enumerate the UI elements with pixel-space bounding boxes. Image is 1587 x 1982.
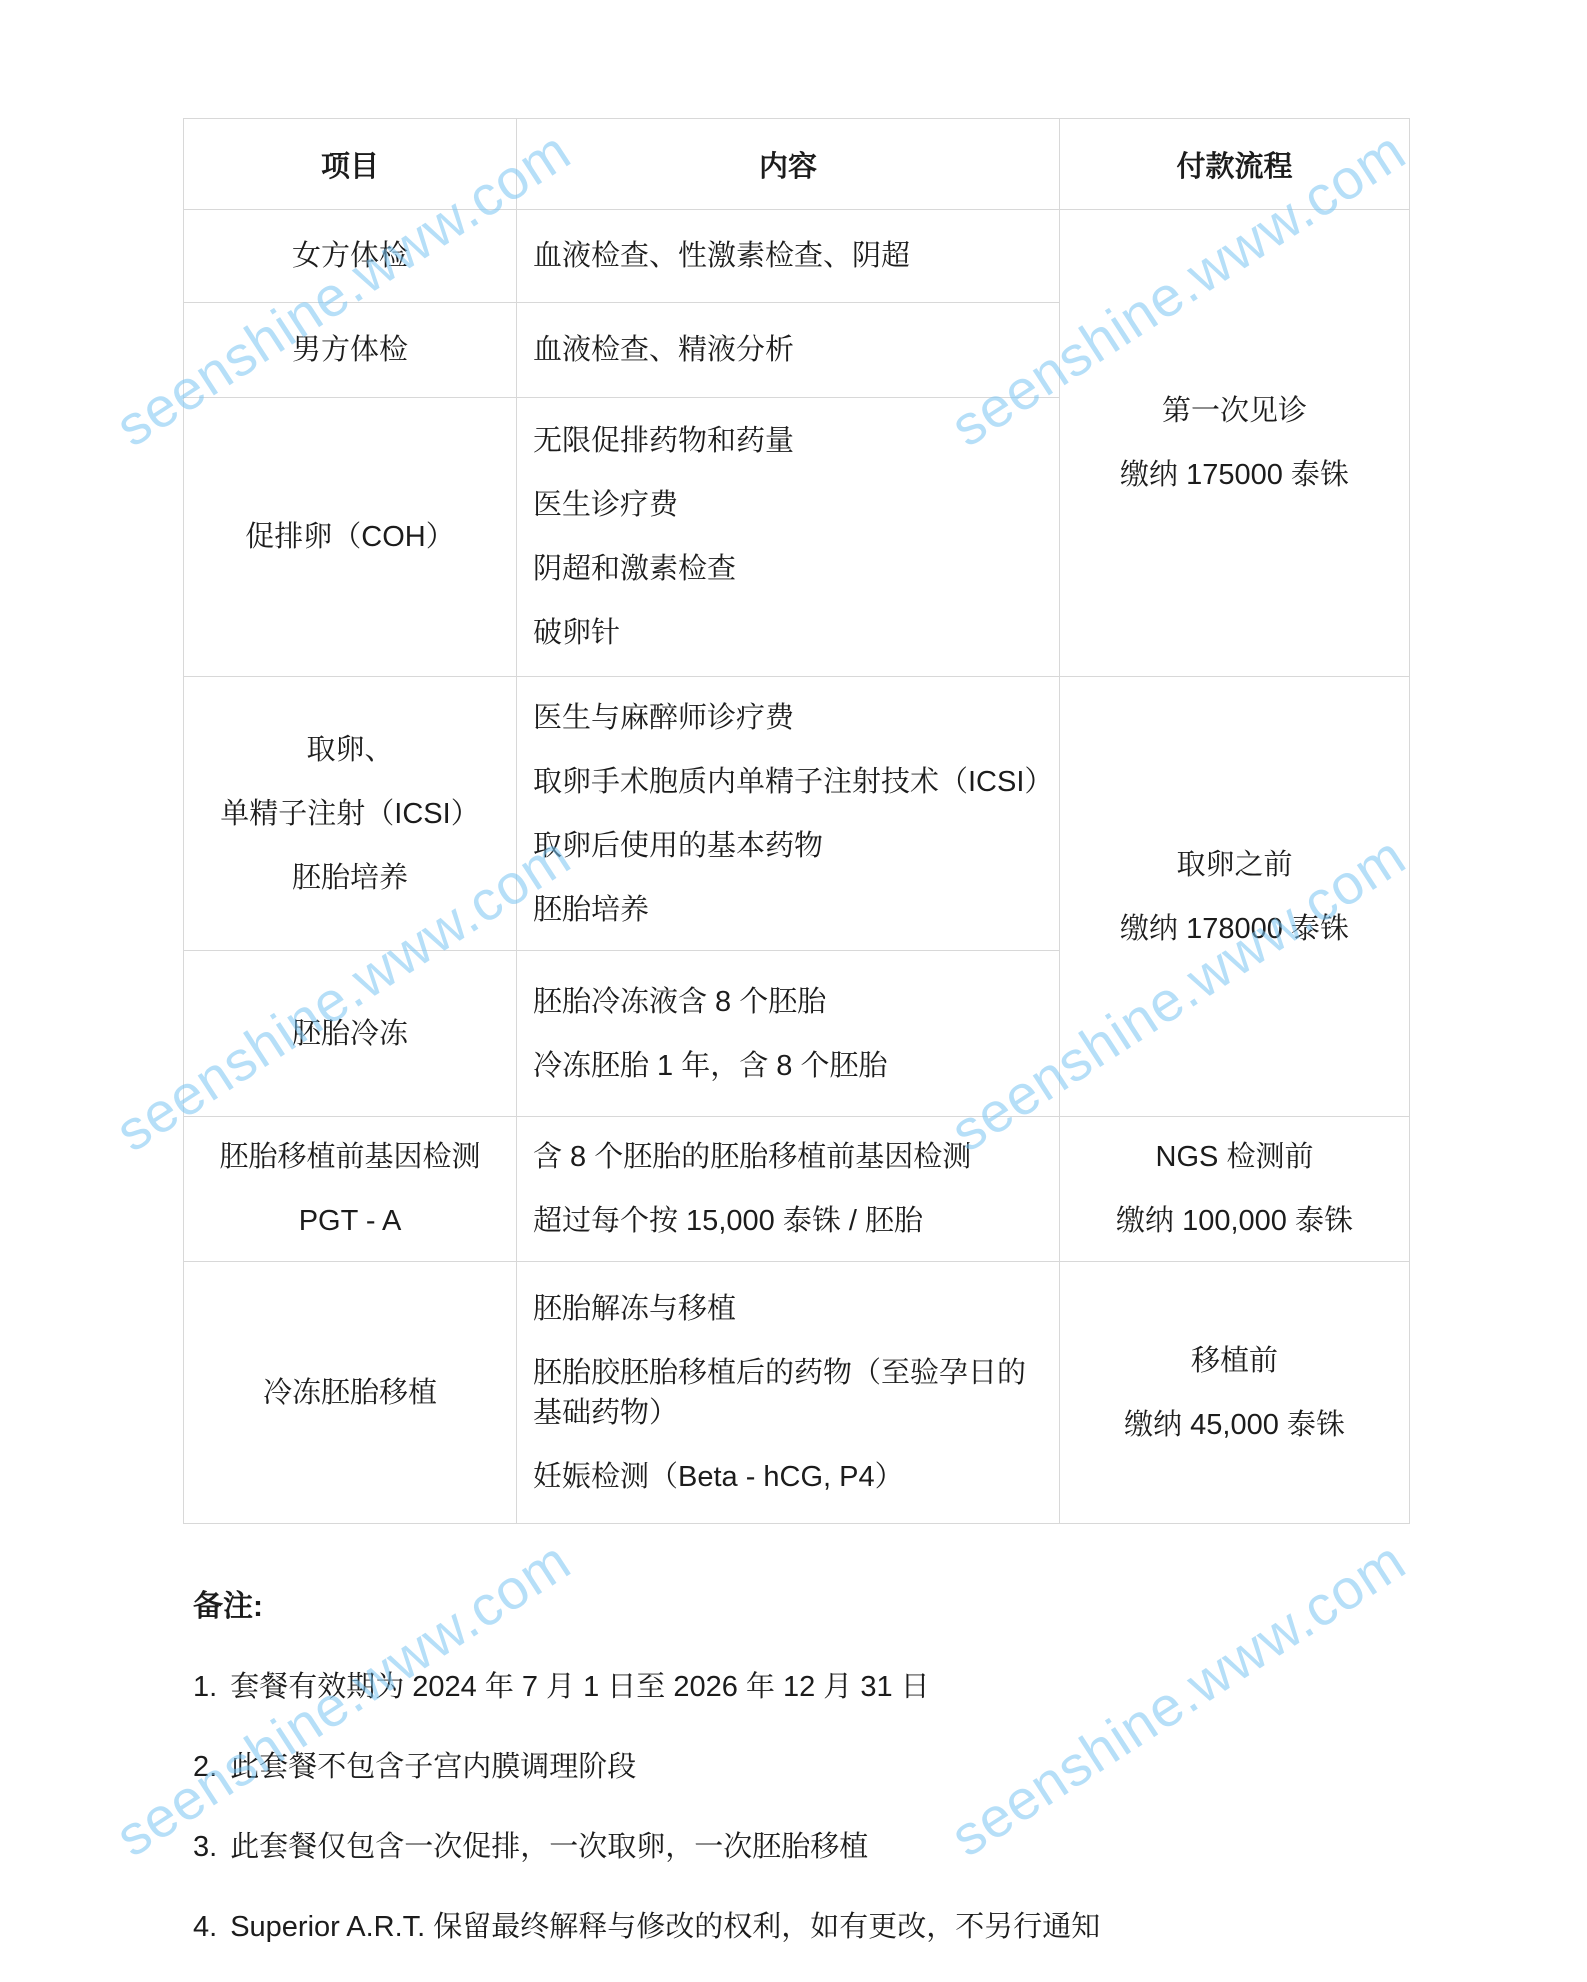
item-cell: 促排卵（COH）	[184, 398, 517, 677]
content-cell: 含 8 个胚胎的胚胎移植前基因检测 超过每个按 15,000 泰铢 / 胚胎	[517, 1117, 1060, 1262]
cell-line: 破卵针	[533, 601, 1043, 665]
payment-amount: 缴纳 45,000 泰铢	[1070, 1393, 1399, 1457]
cell-line: 单精子注射（ICSI）	[194, 782, 506, 846]
note-number: 4.	[193, 1907, 217, 1947]
cell-line: 含 8 个胚胎的胚胎移植前基因检测	[533, 1125, 1043, 1189]
content-cell: 无限促排药物和药量 医生诊疗费 阴超和激素检查 破卵针	[517, 398, 1060, 677]
payment-stage: 第一次见诊	[1070, 379, 1399, 443]
cell-line: 男方体检	[194, 318, 506, 382]
cell-line: 阴超和激素检查	[533, 537, 1043, 601]
payment-amount: 缴纳 178000 泰铢	[1070, 897, 1399, 961]
note-item: 3.此套餐仅包含一次促排，一次取卵，一次胚胎移植	[193, 1827, 1413, 1867]
pricing-table: 项目 内容 付款流程 女方体检 血液检查、性激素检查、阴超 第一次见诊 缴纳 1…	[183, 118, 1410, 1524]
content-cell: 胚胎冷冻液含 8 个胚胎 冷冻胚胎 1 年，含 8 个胚胎	[517, 951, 1060, 1117]
cell-line: 胚胎冷冻液含 8 个胚胎	[533, 970, 1043, 1034]
cell-line: 取卵、	[194, 718, 506, 782]
cell-line: 胚胎解冻与移植	[533, 1277, 1043, 1341]
document-page: 项目 内容 付款流程 女方体检 血液检查、性激素检查、阴超 第一次见诊 缴纳 1…	[0, 0, 1587, 1982]
item-cell: 胚胎冷冻	[184, 951, 517, 1117]
note-number: 1.	[193, 1667, 217, 1707]
content-cell: 血液检查、性激素检查、阴超	[517, 210, 1060, 303]
item-cell: 男方体检	[184, 303, 517, 398]
payment-cell: 第一次见诊 缴纳 175000 泰铢	[1060, 210, 1410, 677]
cell-line: 胚胎移植前基因检测	[194, 1125, 506, 1189]
cell-line: 无限促排药物和药量	[533, 409, 1043, 473]
payment-cell: 移植前 缴纳 45,000 泰铢	[1060, 1262, 1410, 1524]
cell-line: PGT - A	[194, 1189, 506, 1253]
note-text: 此套餐仅包含一次促排，一次取卵，一次胚胎移植	[230, 1831, 868, 1863]
note-text: 套餐有效期为 2024 年 7 月 1 日至 2026 年 12 月 31 日	[230, 1671, 929, 1703]
payment-stage: 移植前	[1070, 1329, 1399, 1393]
table-row: 胚胎移植前基因检测 PGT - A 含 8 个胚胎的胚胎移植前基因检测 超过每个…	[184, 1117, 1410, 1262]
item-cell: 胚胎移植前基因检测 PGT - A	[184, 1117, 517, 1262]
cell-line: 妊娠检测（Beta - hCG, P4）	[533, 1445, 1043, 1509]
payment-cell: NGS 检测前 缴纳 100,000 泰铢	[1060, 1117, 1410, 1262]
header-payment: 付款流程	[1060, 119, 1410, 210]
content-cell: 医生与麻醉师诊疗费 取卵手术胞质内单精子注射技术（ICSI） 取卵后使用的基本药…	[517, 677, 1060, 951]
note-item: 1.套餐有效期为 2024 年 7 月 1 日至 2026 年 12 月 31 …	[193, 1667, 1413, 1707]
table-row: 冷冻胚胎移植 胚胎解冻与移植 胚胎胶胚胎移植后的药物（至验孕日的基础药物） 妊娠…	[184, 1262, 1410, 1524]
cell-line: 促排卵（COH）	[194, 505, 506, 569]
cell-line: 超过每个按 15,000 泰铢 / 胚胎	[533, 1189, 1043, 1253]
table-row: 取卵、 单精子注射（ICSI） 胚胎培养 医生与麻醉师诊疗费 取卵手术胞质内单精…	[184, 677, 1410, 951]
payment-amount: 缴纳 100,000 泰铢	[1070, 1189, 1399, 1253]
note-text: 此套餐不包含子宫内膜调理阶段	[230, 1751, 636, 1783]
notes-section: 备注: 1.套餐有效期为 2024 年 7 月 1 日至 2026 年 12 月…	[193, 1586, 1413, 1982]
cell-line: 胚胎胶胚胎移植后的药物（至验孕日的基础药物）	[533, 1341, 1043, 1445]
cell-line: 胚胎冷冻	[194, 1002, 506, 1066]
cell-line: 取卵手术胞质内单精子注射技术（ICSI）	[533, 750, 1043, 814]
note-text: Superior A.R.T. 保留最终解释与修改的权利，如有更改，不另行通知	[230, 1911, 1100, 1943]
cell-line: 血液检查、性激素检查、阴超	[533, 224, 1043, 288]
note-number: 3.	[193, 1827, 217, 1867]
table-row: 女方体检 血液检查、性激素检查、阴超 第一次见诊 缴纳 175000 泰铢	[184, 210, 1410, 303]
note-item: 4.Superior A.R.T. 保留最终解释与修改的权利，如有更改，不另行通…	[193, 1907, 1413, 1947]
content-cell: 胚胎解冻与移植 胚胎胶胚胎移植后的药物（至验孕日的基础药物） 妊娠检测（Beta…	[517, 1262, 1060, 1524]
note-item: 2.此套餐不包含子宫内膜调理阶段	[193, 1747, 1413, 1787]
header-content: 内容	[517, 119, 1060, 210]
cell-line: 医生诊疗费	[533, 473, 1043, 537]
payment-amount: 缴纳 175000 泰铢	[1070, 443, 1399, 507]
table-header-row: 项目 内容 付款流程	[184, 119, 1410, 210]
cell-line: 胚胎培养	[533, 878, 1043, 942]
payment-stage: NGS 检测前	[1070, 1125, 1399, 1189]
payment-stage: 取卵之前	[1070, 833, 1399, 897]
header-item: 项目	[184, 119, 517, 210]
cell-line: 取卵后使用的基本药物	[533, 814, 1043, 878]
item-cell: 女方体检	[184, 210, 517, 303]
item-cell: 取卵、 单精子注射（ICSI） 胚胎培养	[184, 677, 517, 951]
cell-line: 胚胎培养	[194, 846, 506, 910]
notes-heading: 备注:	[193, 1586, 1413, 1628]
content-cell: 血液检查、精液分析	[517, 303, 1060, 398]
cell-line: 冷冻胚胎移植	[194, 1361, 506, 1425]
cell-line: 女方体检	[194, 224, 506, 288]
item-cell: 冷冻胚胎移植	[184, 1262, 517, 1524]
cell-line: 冷冻胚胎 1 年，含 8 个胚胎	[533, 1034, 1043, 1098]
cell-line: 医生与麻醉师诊疗费	[533, 686, 1043, 750]
payment-cell: 取卵之前 缴纳 178000 泰铢	[1060, 677, 1410, 1117]
note-number: 2.	[193, 1747, 217, 1787]
cell-line: 血液检查、精液分析	[533, 318, 1043, 382]
